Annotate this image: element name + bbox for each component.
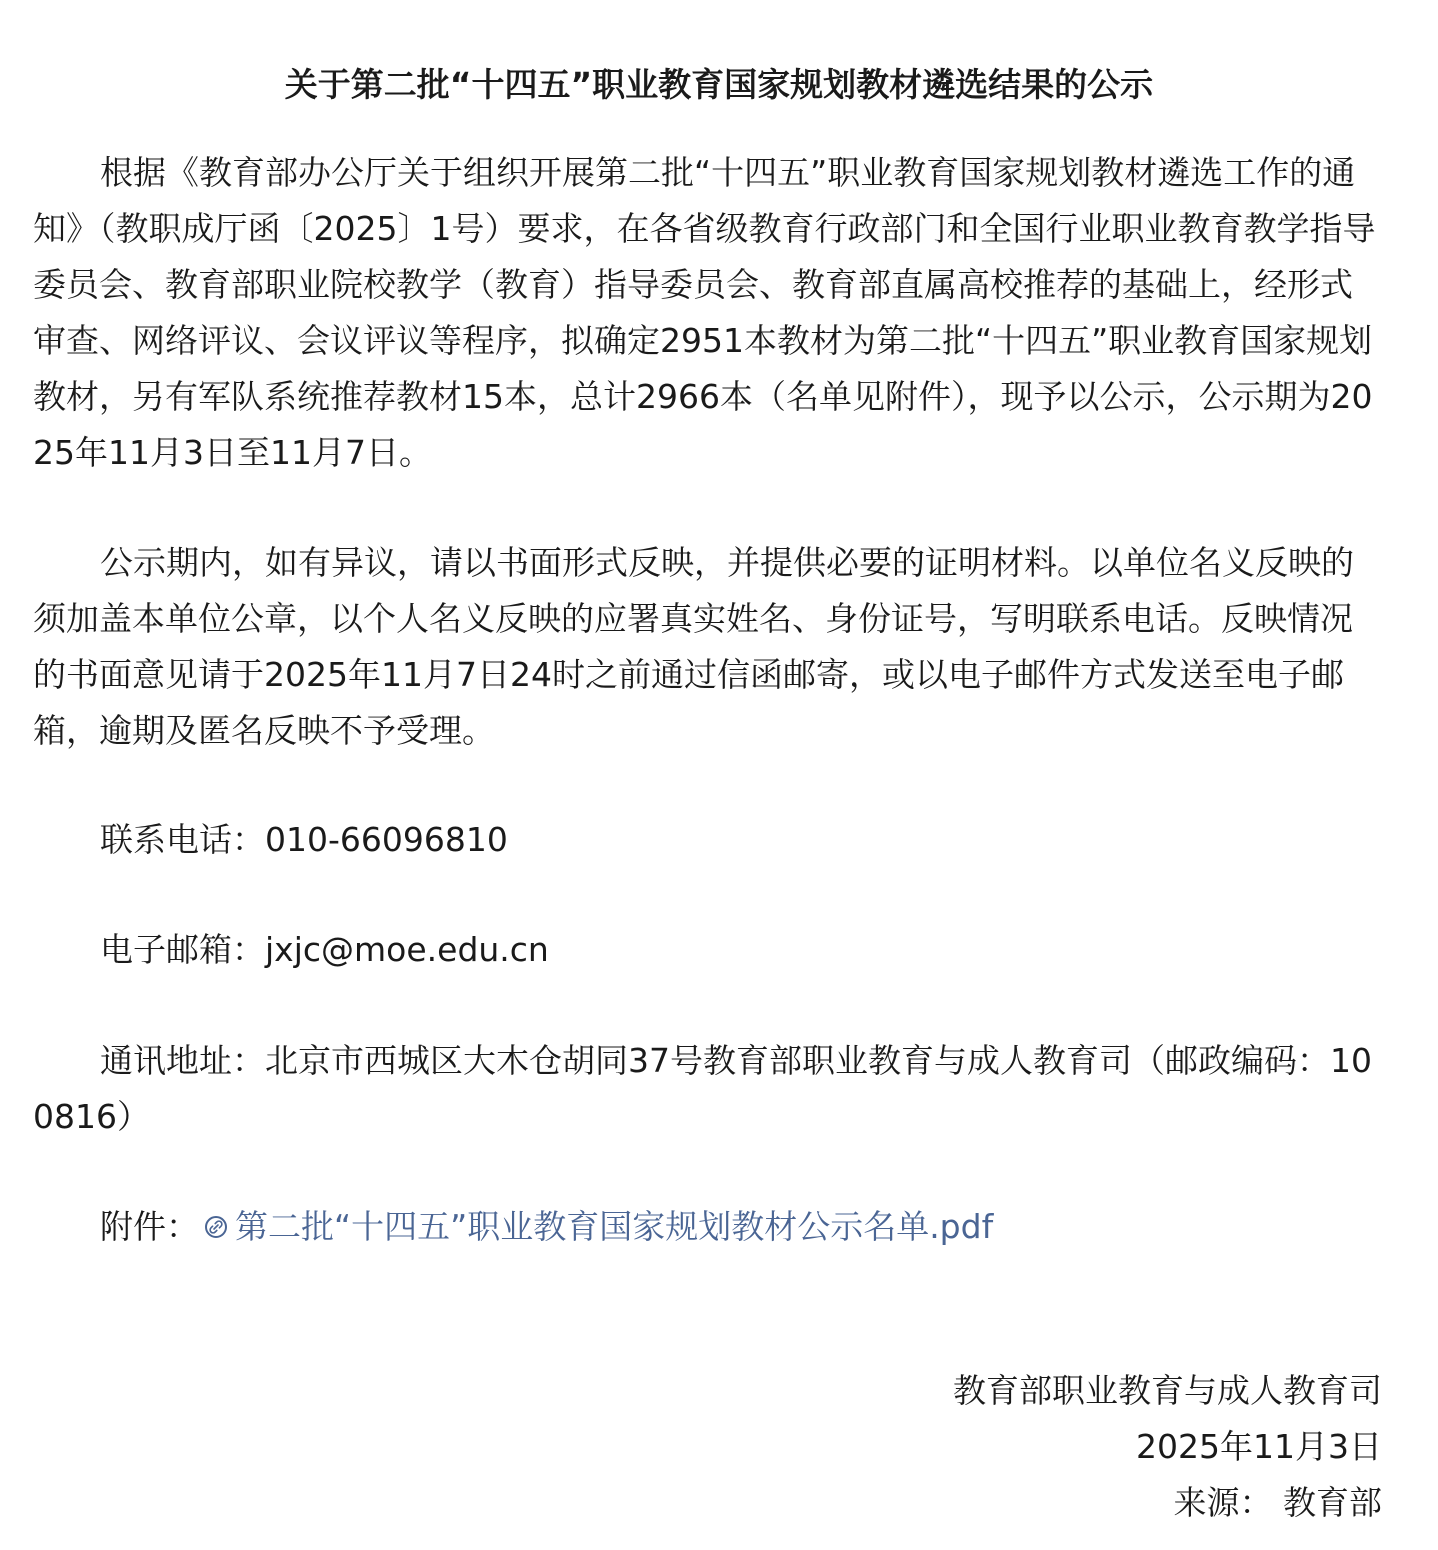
body-paragraph-objection-instructions: 公示期内，如有异议，请以书面形式反映，并提供必要的证明材料。以单位名义反映的须加… [33, 535, 1378, 759]
signature-date: 2025年11月3日 [953, 1419, 1382, 1475]
attachment-file-name: 第二批“十四五”职业教育国家规划教材公示名单.pdf [235, 1207, 993, 1246]
signature-organization: 教育部职业教育与成人教育司 [953, 1363, 1382, 1419]
attachment-label: 附件： [100, 1207, 199, 1246]
link-icon [205, 1216, 227, 1238]
contact-address: 通讯地址：北京市西城区大木仓胡同37号教育部职业教育与成人教育司（邮政编码：10… [33, 1033, 1378, 1145]
contact-address-label: 通讯地址： [100, 1041, 265, 1080]
contact-email-value: jxjc@moe.edu.cn [265, 930, 549, 969]
attachment-link[interactable]: 第二批“十四五”职业教育国家规划教材公示名单.pdf [199, 1207, 993, 1246]
signature-source: 来源： 教育部 [953, 1475, 1382, 1531]
contact-phone-value: 010-66096810 [265, 820, 508, 859]
contact-phone-label: 联系电话： [100, 820, 265, 859]
attachment-row: 附件：第二批“十四五”职业教育国家规划教材公示名单.pdf [33, 1199, 1378, 1255]
body-paragraph-announcement: 根据《教育部办公厅关于组织开展第二批“十四五”职业教育国家规划教材遴选工作的通知… [33, 145, 1378, 481]
contact-email: 电子邮箱：jxjc@moe.edu.cn [33, 922, 1378, 978]
contact-phone: 联系电话：010-66096810 [33, 812, 1378, 868]
page-title: 关于第二批“十四五”职业教育国家规划教材遴选结果的公示 [0, 60, 1438, 110]
signature-block: 教育部职业教育与成人教育司 2025年11月3日 来源： 教育部 [953, 1363, 1382, 1531]
contact-email-label: 电子邮箱： [100, 930, 265, 969]
